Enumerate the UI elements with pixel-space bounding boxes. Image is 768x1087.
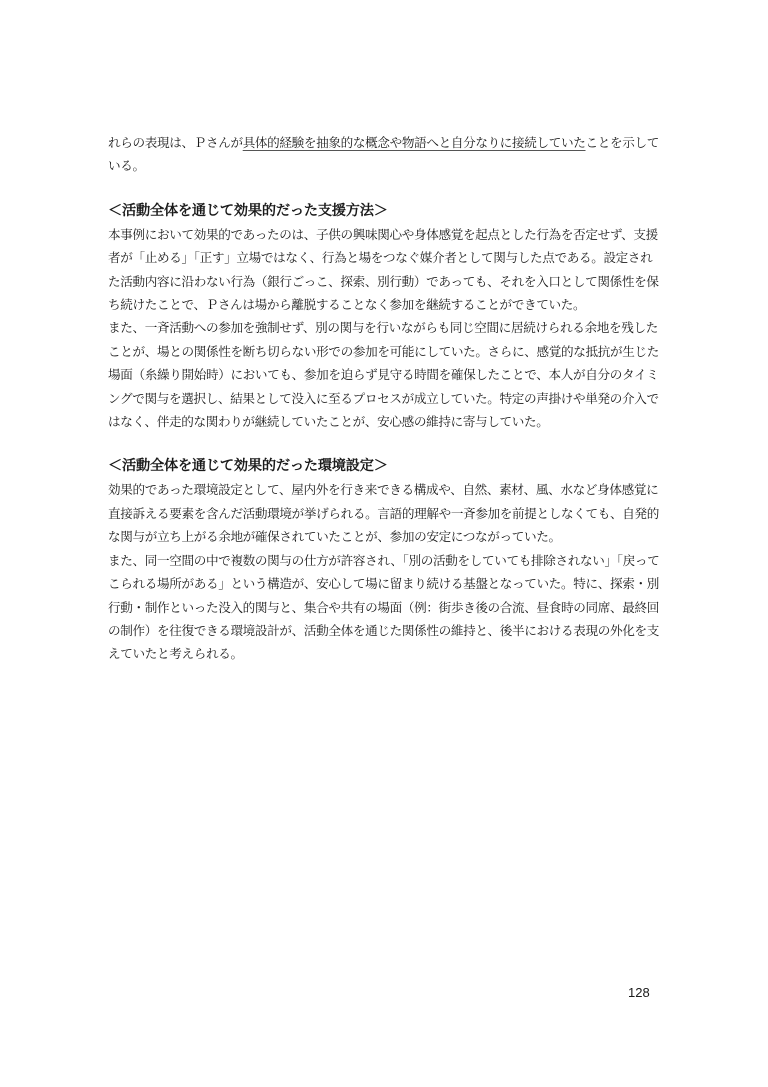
support-methods-paragraph-2: また、一斉活動への参加を強制せず、別の関与を行いながらも同じ空間に居続けられる余… (108, 316, 660, 433)
section-heading-support-methods: ＜活動全体を通じて効果的だった支援方法＞ (108, 199, 660, 223)
page-number: 128 (628, 985, 650, 1000)
environment-settings-paragraph-1: 効果的であった環境設定として、屋内外を行き来できる構成や、自然、素材、風、水など… (108, 478, 660, 548)
intro-paragraph: れらの表現は、Ｐさんが具体的経験を抽象的な概念や物語へと自分なりに接続していたこ… (108, 131, 660, 178)
underlined-phrase: 具体的経験を抽象的な概念や物語へと自分なりに接続していた (243, 135, 586, 150)
document-page: れらの表現は、Ｐさんが具体的経験を抽象的な概念や物語へと自分なりに接続していたこ… (108, 131, 660, 666)
support-methods-paragraph-1: 本事例において効果的であったのは、子供の興味関心や身体感覚を起点とした行為を否定… (108, 223, 660, 317)
section-heading-environment-settings: ＜活動全体を通じて効果的だった環境設定＞ (108, 454, 660, 478)
section-support-methods: ＜活動全体を通じて効果的だった支援方法＞ 本事例において効果的であったのは、子供… (108, 199, 660, 434)
section-environment-settings: ＜活動全体を通じて効果的だった環境設定＞ 効果的であった環境設定として、屋内外を… (108, 454, 660, 665)
intro-text-before: れらの表現は、Ｐさんが (108, 135, 243, 150)
environment-settings-paragraph-2: また、同一空間の中で複数の関与の仕方が許容され、「別の活動をしていても排除されな… (108, 549, 660, 666)
